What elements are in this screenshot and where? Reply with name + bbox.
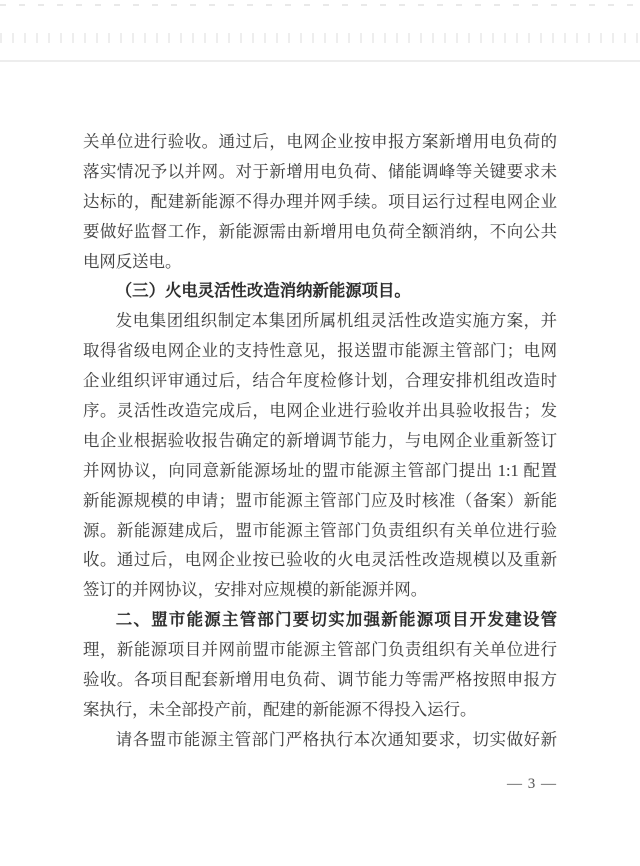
document-line: 要做好监督工作，新能源需由新增用电负荷全额消纳，不向公共 [83, 217, 557, 247]
document-line: 验收。各项目配套新增用电负荷、调节能力等需严格按照申报方 [83, 665, 557, 695]
scan-artifact-rule [0, 60, 640, 62]
document-line: 签订的并网协议，安排对应规模的新能源并网。 [83, 575, 557, 605]
document-line: 电网反送电。 [83, 247, 557, 277]
document-line: 源。新能源建成后，盟市能源主管部门负责组织有关单位进行验 [83, 516, 557, 546]
document-line: 取得省级电网企业的支持性意见，报送盟市能源主管部门；电网 [83, 336, 557, 366]
document-line: 发电集团组织制定本集团所属机组灵活性改造实施方案，并 [83, 306, 557, 336]
document-line: 序。灵活性改造完成后，电网企业进行验收并出具验收报告；发 [83, 396, 557, 426]
document-body: 关单位进行验收。通过后，电网企业按申报方案新增用电负荷的 落实情况予以并网。对于… [83, 127, 557, 755]
document-line: 关单位进行验收。通过后，电网企业按申报方案新增用电负荷的 [83, 127, 557, 157]
scan-artifact-dashes [0, 4, 640, 6]
document-line: 请各盟市能源主管部门严格执行本次通知要求，切实做好新 [83, 725, 557, 755]
document-line: 企业组织评审通过后，结合年度检修计划，合理安排机组改造时 [83, 366, 557, 396]
document-page: 关单位进行验收。通过后，电网企业按申报方案新增用电负荷的 落实情况予以并网。对于… [0, 0, 640, 866]
scan-artifact-ticks [0, 33, 640, 43]
document-line: 新能源规模的申请；盟市能源主管部门应及时核准（备案）新能 [83, 486, 557, 516]
document-line: 落实情况予以并网。对于新增用电负荷、储能调峰等关键要求未 [83, 157, 557, 187]
document-line: 收。通过后，电网企业按已验收的火电灵活性改造规模以及重新 [83, 545, 557, 575]
document-line: 案执行，未全部投产前，配建的新能源不得投入运行。 [83, 695, 557, 725]
page-number: — 3 — [507, 776, 557, 793]
document-line: 并网协议，向同意新能源场址的盟市能源主管部门提出 1:1 配置 [83, 456, 557, 486]
document-line: 电企业根据验收报告确定的新增调节能力，与电网企业重新签订 [83, 426, 557, 456]
section-heading-line: （三）火电灵活性改造消纳新能源项目。 [83, 276, 557, 306]
item-heading-line: 二、盟市能源主管部门要切实加强新能源项目开发建设管 [83, 605, 557, 635]
document-line: 理，新能源项目并网前盟市能源主管部门负责组织有关单位进行 [83, 635, 557, 665]
document-line: 达标的，配建新能源不得办理并网手续。项目运行过程电网企业 [83, 187, 557, 217]
